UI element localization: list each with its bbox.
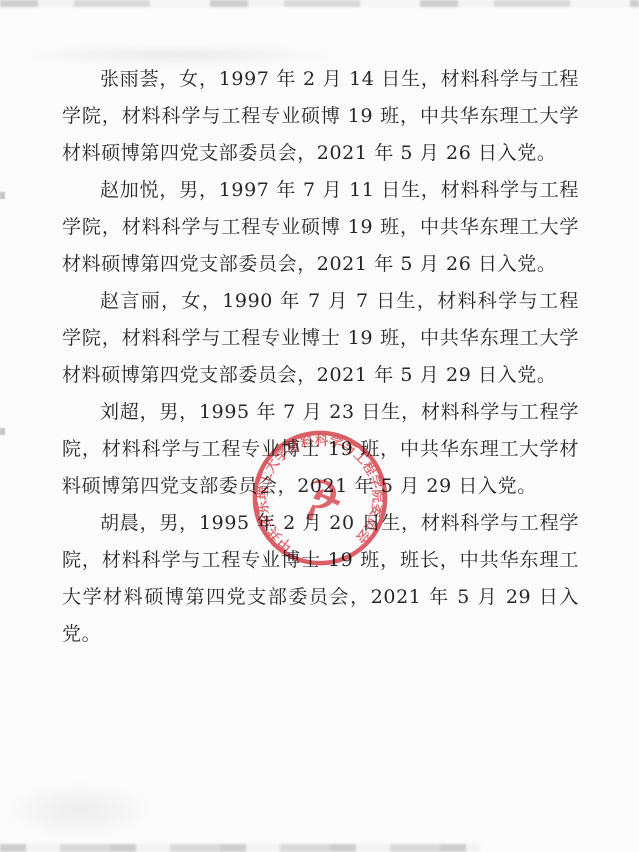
scan-artifact-speck (0, 428, 5, 435)
official-seal: 中共华东理工大学材料科学与工程学院委员会 ☭ (240, 418, 400, 578)
member-entry-paragraph: 张雨荟，女，1997 年 2 月 14 日生，材料科学与工程学院，材料科学与工程… (62, 61, 579, 172)
hammer-sickle-icon: ☭ (291, 466, 351, 536)
scan-artifact-bottom-edge (0, 844, 480, 852)
scan-artifact-smudge (4, 783, 154, 838)
scanned-document-page: 张雨荟，女，1997 年 2 月 14 日生，材料科学与工程学院，材料科学与工程… (0, 0, 639, 852)
member-entry-paragraph: 赵加悦，男，1997 年 7 月 11 日生，材料科学与工程学院，材料科学与工程… (62, 172, 579, 283)
member-entry-paragraph: 赵言丽，女，1990 年 7 月 7 日生，材料科学与工程学院，材料科学与工程专… (62, 283, 579, 394)
scan-artifact-top-edge (0, 0, 639, 7)
scan-artifact-speck (0, 192, 5, 199)
